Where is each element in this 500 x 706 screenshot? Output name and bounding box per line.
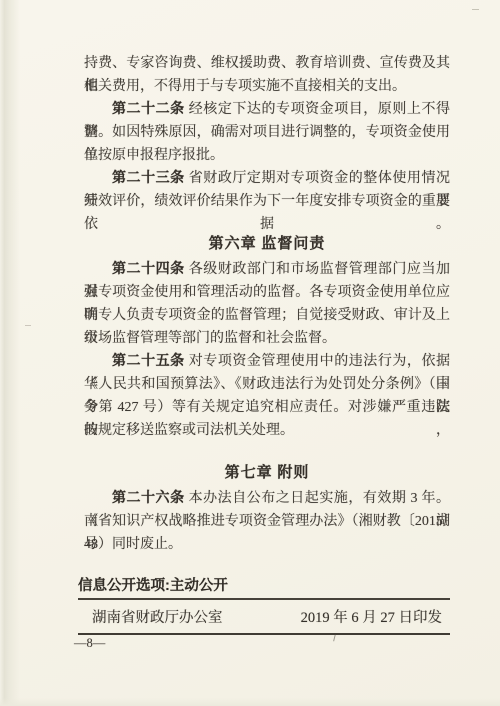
issuing-office: 湖南省财政厅办公室 <box>92 606 223 627</box>
text-line: 令第 427 号）等有关规定追究相应责任。对涉嫌严重违法的， <box>84 396 450 419</box>
scanned-document-page: 持费、专家咨询费、维权援助费、教育培训费、宣传费及其他相关费用，不得用于与专项实… <box>0 0 500 706</box>
info-disclosure-label: 信息公开选项:主动公开 <box>78 577 450 600</box>
chapter-heading: 第七章 附则 <box>84 462 450 485</box>
article-number: 第二十四条 <box>112 262 185 277</box>
text-line: 市场监督管理等部门的监督和社会监督。 <box>84 327 450 350</box>
text-line: 第二十二条 经核定下达的专项资金项目，原则上不得调 <box>84 98 450 121</box>
text-line: 第二十三条 省财政厅定期对专项资金的整体使用情况开展 <box>84 167 450 190</box>
text-line: 对专项资金使用和管理活动的监督。各专项资金使用单位应明 <box>84 281 450 304</box>
text-line: 号）同时废止。 <box>84 533 450 556</box>
text-line: 持费、专家咨询费、维权援助费、教育培训费、宣传费及其他 <box>84 52 450 75</box>
scan-edge-shadow <box>0 0 20 706</box>
text-line: 华人民共和国预算法》、《财政违法行为处罚处分条例》（国务院 <box>84 373 450 396</box>
text-line: 第二十四条 各级财政部门和市场监督管理部门应当加强 <box>84 258 450 281</box>
text-line: 绩效评价，绩效评价结果作为下一年度安排专项资金的重要依据。 <box>84 190 450 213</box>
text-line: 确专人负责专项资金的监督管理；自觉接受财政、审计及上级 <box>84 304 450 327</box>
article-number: 第二十三条 <box>112 171 185 186</box>
article-number: 第二十五条 <box>112 354 185 369</box>
text-line: 南省知识产权战略推进专项资金管理办法》（湘财教〔2015〕48 <box>84 510 450 533</box>
article-number: 第二十二条 <box>112 102 185 117</box>
document-lines: 持费、专家咨询费、维权援助费、教育培训费、宣传费及其他相关费用，不得用于与专项实… <box>84 52 450 556</box>
text-line: 位按原申报程序报批。 <box>84 144 450 167</box>
text-line: 相关费用，不得用于与专项实施不直接相关的支出。 <box>84 75 450 98</box>
page-number: —8— <box>74 636 105 651</box>
document-body: 持费、专家咨询费、维权援助费、教育培训费、宣传费及其他相关费用，不得用于与专项实… <box>84 52 450 556</box>
article-number: 第二十六条 <box>112 491 185 506</box>
document-footer: 信息公开选项:主动公开 湖南省财政厅办公室 2019 年 6 月 27 日印发 <box>78 577 450 635</box>
issue-date: 2019 年 6 月 27 日印发 <box>301 606 442 627</box>
chapter-heading: 第六章 监督问责 <box>84 233 450 256</box>
text-line: 第二十六条 本办法自公布之日起实施，有效期 3 年。《湖 <box>84 487 450 510</box>
scan-bottom-shadow <box>0 698 500 706</box>
text-line: 整。如因特殊原因，确需对项目进行调整的，专项资金使用单 <box>84 121 450 144</box>
text-line: 第二十五条 对专项资金管理使用中的违法行为，依据《中 <box>84 350 450 373</box>
scan-artifact <box>472 9 479 14</box>
issuer-row: 湖南省财政厅办公室 2019 年 6 月 27 日印发 <box>78 600 450 635</box>
scan-artifact <box>25 325 31 326</box>
